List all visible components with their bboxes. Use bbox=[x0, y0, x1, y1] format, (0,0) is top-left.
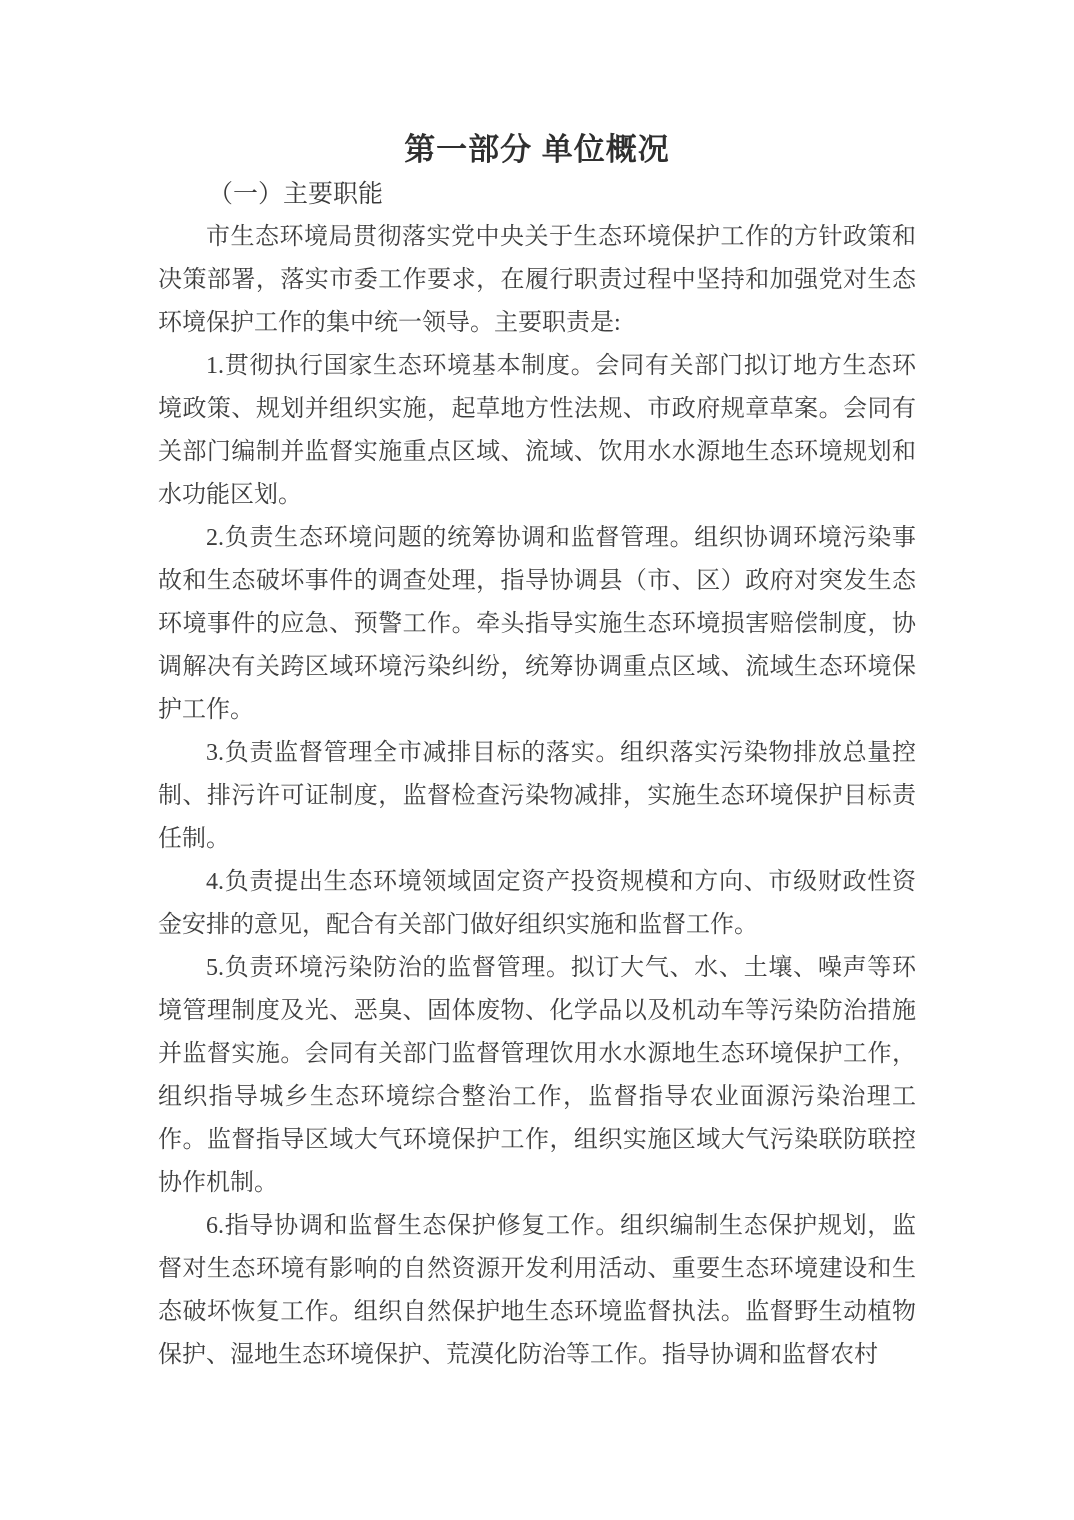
duty-paragraph-4: 4.负责提出生态环境领域固定资产投资规模和方向、市级财政性资金安排的意见，配合有… bbox=[158, 861, 916, 947]
duty-paragraph-5: 5.负责环境污染防治的监督管理。拟订大气、水、土壤、噪声等环境管理制度及光、恶臭… bbox=[158, 947, 916, 1205]
page-content: 第一部分 单位概况 （一）主要职能 市生态环境局贯彻落实党中央关于生态环境保护工… bbox=[158, 0, 916, 1377]
document-page: 第一部分 单位概况 （一）主要职能 市生态环境局贯彻落实党中央关于生态环境保护工… bbox=[0, 0, 1074, 1520]
intro-paragraph: 市生态环境局贯彻落实党中央关于生态环境保护工作的方针政策和决策部署，落实市委工作… bbox=[158, 216, 916, 345]
duty-paragraph-3: 3.负责监督管理全市减排目标的落实。组织落实污染物排放总量控制、排污许可证制度，… bbox=[158, 732, 916, 861]
duty-paragraph-2: 2.负责生态环境问题的统筹协调和监督管理。组织协调环境污染事故和生态破坏事件的调… bbox=[158, 517, 916, 732]
duty-paragraph-1: 1.贯彻执行国家生态环境基本制度。会同有关部门拟订地方生态环境政策、规划并组织实… bbox=[158, 345, 916, 517]
section-heading: （一）主要职能 bbox=[158, 173, 916, 216]
duty-paragraph-6: 6.指导协调和监督生态保护修复工作。组织编制生态保护规划，监督对生态环境有影响的… bbox=[158, 1205, 916, 1377]
document-title: 第一部分 单位概况 bbox=[158, 126, 916, 173]
